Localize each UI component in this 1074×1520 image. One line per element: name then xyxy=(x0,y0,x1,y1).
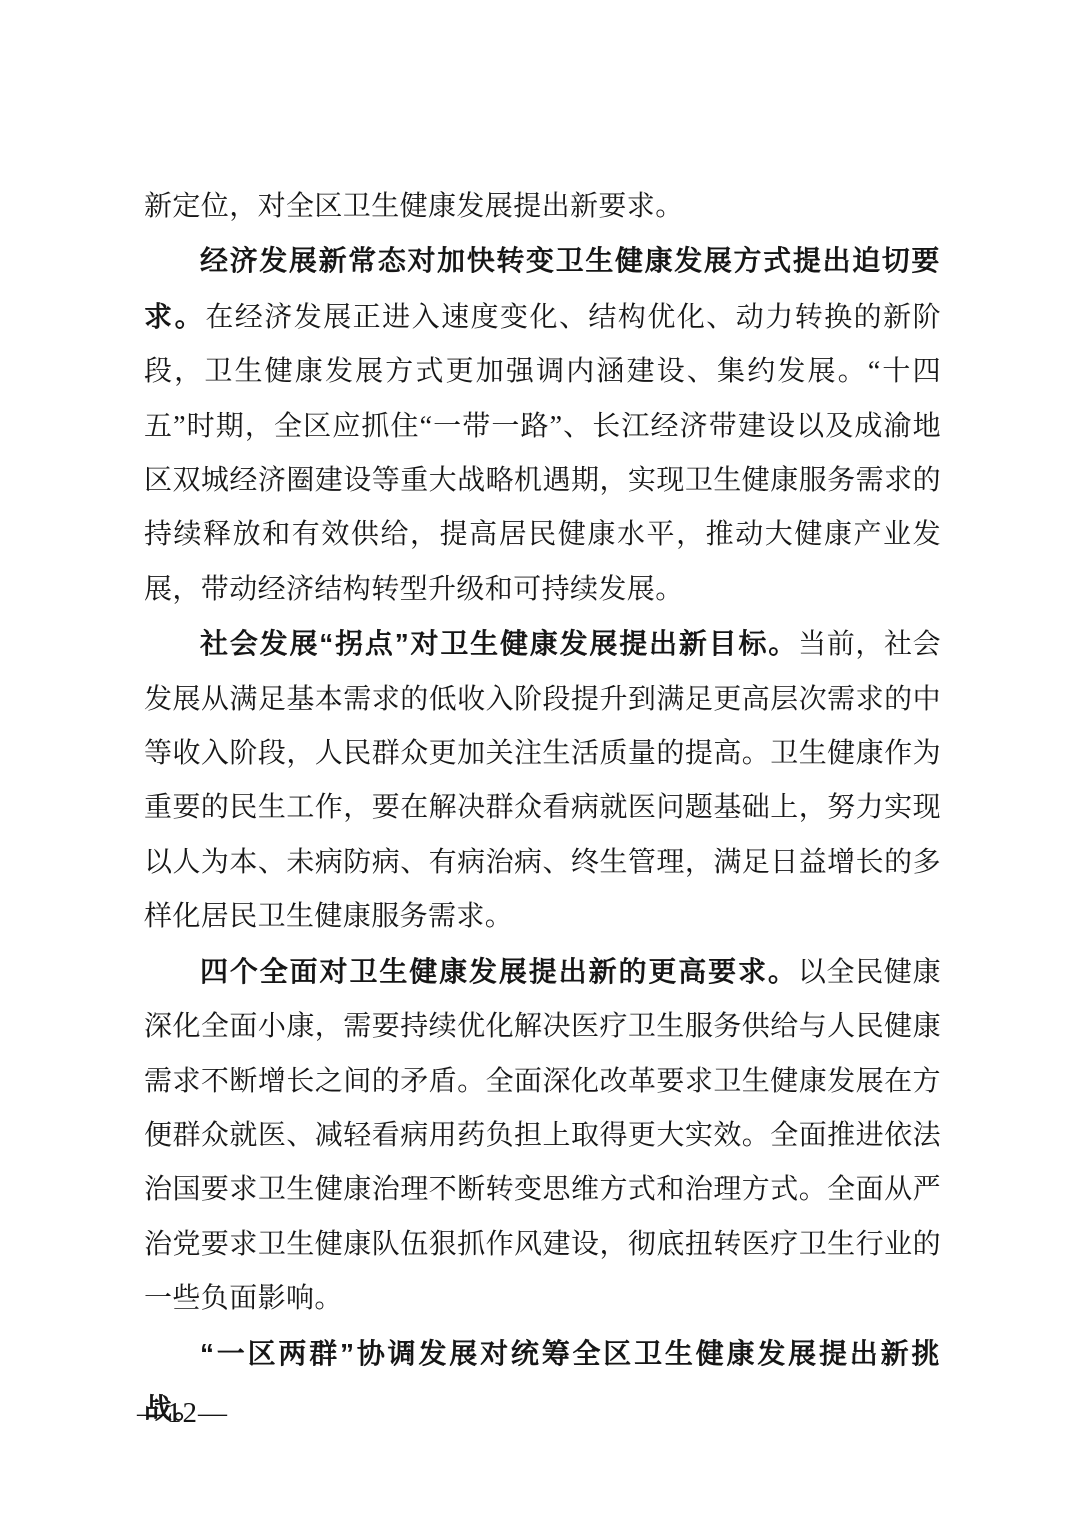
page-footer: —12— xyxy=(137,1397,228,1430)
paragraph-lead: 四个全面对卫生健康发展提出新的更高要求。 xyxy=(200,956,798,987)
paragraph-text: 当前，社会发展从满足基本需求的低收入阶段提升到满足更高层次需求的中等收入阶段，人… xyxy=(144,629,941,932)
paragraph: 新定位，对全区卫生健康发展提出新要求。 xyxy=(144,180,941,234)
paragraph: 经济发展新常态对加快转变卫生健康发展方式提出迫切要求。在经济发展正进入速度变化、… xyxy=(144,234,941,617)
paragraph: 四个全面对卫生健康发展提出新的更高要求。以全民健康深化全面小康，需要持续优化解决… xyxy=(144,945,941,1327)
paragraph-text: 新定位，对全区卫生健康发展提出新要求。 xyxy=(144,191,684,222)
document-body: 新定位，对全区卫生健康发展提出新要求。 经济发展新常态对加快转变卫生健康发展方式… xyxy=(144,180,941,1437)
paragraph-text: 以全民健康深化全面小康，需要持续优化解决医疗卫生服务供给与人民健康需求不断增长之… xyxy=(144,957,941,1314)
paragraph: 社会发展“拐点”对卫生健康发展提出新目标。当前，社会发展从满足基本需求的低收入阶… xyxy=(144,617,941,944)
paragraph: “一区两群”协调发展对统筹全区卫生健康发展提出新挑战。 xyxy=(144,1327,941,1438)
paragraph-lead: “一区两群”协调发展对统筹全区卫生健康发展提出新挑战。 xyxy=(144,1338,941,1424)
paragraph-lead: 社会发展“拐点”对卫生健康发展提出新目标。 xyxy=(200,628,798,659)
paragraph-text: 在经济发展正进入速度变化、结构优化、动力转换的新阶段，卫生健康发展方式更加强调内… xyxy=(144,302,941,605)
page-number: —12— xyxy=(137,1397,228,1429)
